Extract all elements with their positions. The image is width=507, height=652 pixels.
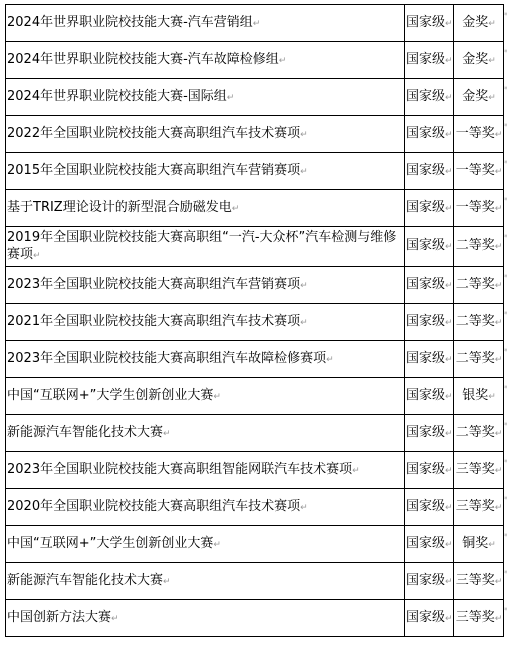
level-cell: 国家级↵ [405, 378, 454, 415]
competition-name: 新能源汽车智能化技术大赛 [7, 425, 163, 440]
award: 二等奖 [456, 277, 495, 292]
competition-name-cell: 新能源汽车智能化技术大赛↵ [6, 563, 405, 600]
award: 一等奖 [456, 163, 495, 178]
paragraph-mark-icon: ↵ [279, 56, 287, 66]
level-cell: 国家级↵ [405, 415, 454, 452]
paragraph-mark-icon: ↵ [495, 577, 503, 587]
paragraph-mark-icon: ↵ [445, 167, 453, 177]
paragraph-mark-icon: ↵ [495, 281, 503, 291]
competition-name: 中国“互联网+”大学生创新创业大赛 [7, 388, 213, 403]
award-cell: 三等奖↵* [454, 600, 504, 637]
competition-name-cell: 2023年全国职业院校技能大赛高职组智能网联汽车技术赛项↵ [6, 452, 405, 489]
competition-name: 2015年全国职业院校技能大赛高职组汽车营销赛项 [7, 163, 300, 178]
award: 铜奖 [462, 536, 488, 551]
paragraph-mark-icon: ↵ [232, 204, 240, 214]
paragraph-mark-icon: ↵ [445, 56, 453, 66]
table-row: 2024年世界职业院校技能大赛-汽车营销组↵国家级↵金奖↵* [6, 5, 504, 42]
paragraph-mark-icon: ↵ [495, 614, 503, 624]
competition-name-cell: 2024年世界职业院校技能大赛-汽车营销组↵ [6, 5, 405, 42]
paragraph-mark-icon: ↵ [213, 392, 221, 402]
paragraph-mark-icon: ↵ [300, 130, 308, 140]
competition-name-cell: 2015年全国职业院校技能大赛高职组汽车营销赛项↵ [6, 153, 405, 190]
level-cell: 国家级↵ [405, 267, 454, 304]
award-cell: 金奖↵* [454, 42, 504, 79]
paragraph-mark-icon: ↵ [227, 93, 235, 103]
award: 三等奖 [456, 610, 495, 625]
award-cell: 银奖↵* [454, 378, 504, 415]
level-cell: 国家级↵ [405, 304, 454, 341]
award: 二等奖 [456, 314, 495, 329]
level-cell: 国家级↵ [405, 489, 454, 526]
award: 三等奖 [456, 573, 495, 588]
paragraph-mark-icon: ↵ [300, 318, 308, 328]
level-cell: 国家级↵ [405, 600, 454, 637]
table-row: 中国“互联网+”大学生创新创业大赛↵国家级↵铜奖↵* [6, 526, 504, 563]
paragraph-mark-icon: ↵ [445, 392, 453, 402]
competition-name-cell: 基于TRIZ理论设计的新型混合励磁发电↵ [6, 190, 405, 227]
paragraph-mark-icon: ↵ [445, 503, 453, 513]
level-cell: 国家级↵ [405, 563, 454, 600]
level-cell: 国家级↵ [405, 79, 454, 116]
level-cell: 国家级↵ [405, 227, 454, 267]
award-cell: 二等奖↵* [454, 341, 504, 378]
level: 国家级 [406, 126, 445, 141]
level: 国家级 [406, 388, 445, 403]
table-row: 2020年全国职业院校技能大赛高职组汽车技术赛项↵国家级↵三等奖↵* [6, 489, 504, 526]
competition-name-cell: 中国“互联网+”大学生创新创业大赛↵ [6, 378, 405, 415]
level: 国家级 [406, 536, 445, 551]
award-cell: 金奖↵* [454, 5, 504, 42]
table-row: 2022年全国职业院校技能大赛高职组汽车技术赛项↵国家级↵一等奖↵* [6, 116, 504, 153]
paragraph-mark-icon: ↵ [111, 614, 119, 624]
competition-name-cell: 中国“互联网+”大学生创新创业大赛↵ [6, 526, 405, 563]
paragraph-mark-icon: ↵ [326, 355, 334, 365]
competition-name: 2024年世界职业院校技能大赛-国际组 [7, 89, 227, 104]
award-cell: 铜奖↵* [454, 526, 504, 563]
competition-name-cell: 2024年世界职业院校技能大赛-汽车故障检修组↵ [6, 42, 405, 79]
competition-name: 2023年全国职业院校技能大赛高职组智能网联汽车技术赛项 [7, 462, 352, 477]
level: 国家级 [406, 277, 445, 292]
award-cell: 一等奖↵* [454, 116, 504, 153]
level-cell: 国家级↵ [405, 42, 454, 79]
competition-name: 基于TRIZ理论设计的新型混合励磁发电 [7, 200, 232, 215]
award-cell: 一等奖↵* [454, 153, 504, 190]
competition-name: 2024年世界职业院校技能大赛-汽车营销组 [7, 15, 253, 30]
table-row: 2023年全国职业院校技能大赛高职组智能网联汽车技术赛项↵国家级↵三等奖↵* [6, 452, 504, 489]
award-cell: 二等奖↵* [454, 415, 504, 452]
table-row: 新能源汽车智能化技术大赛↵国家级↵三等奖↵* [6, 563, 504, 600]
competition-name-cell: 2020年全国职业院校技能大赛高职组汽车技术赛项↵ [6, 489, 405, 526]
competition-name: 2023年全国职业院校技能大赛高职组汽车营销赛项 [7, 277, 300, 292]
paragraph-mark-icon: ↵ [495, 318, 503, 328]
award: 金奖 [462, 89, 488, 104]
paragraph-mark-icon: ↵ [495, 204, 503, 214]
paragraph-mark-icon: ↵ [445, 355, 453, 365]
level-cell: 国家级↵ [405, 341, 454, 378]
award: 一等奖 [456, 126, 495, 141]
level: 国家级 [406, 462, 445, 477]
paragraph-mark-icon: ↵ [352, 466, 360, 476]
award-cell: 一等奖↵* [454, 190, 504, 227]
award: 三等奖 [456, 462, 495, 477]
paragraph-mark-icon: ↵ [495, 167, 503, 177]
paragraph-mark-icon: ↵ [445, 204, 453, 214]
level: 国家级 [406, 15, 445, 30]
paragraph-mark-icon: ↵ [445, 281, 453, 291]
competition-name: 新能源汽车智能化技术大赛 [7, 573, 163, 588]
paragraph-mark-icon: ↵ [213, 540, 221, 550]
level: 国家级 [406, 610, 445, 625]
level-cell: 国家级↵ [405, 5, 454, 42]
level-cell: 国家级↵ [405, 452, 454, 489]
level: 国家级 [406, 52, 445, 67]
table-row: 新能源汽车智能化技术大赛↵国家级↵二等奖↵* [6, 415, 504, 452]
level-cell: 国家级↵ [405, 190, 454, 227]
table-row: 基于TRIZ理论设计的新型混合励磁发电↵国家级↵一等奖↵* [6, 190, 504, 227]
award: 二等奖 [456, 351, 495, 366]
paragraph-mark-icon: ↵ [488, 540, 496, 550]
award-cell: 二等奖↵* [454, 267, 504, 304]
paragraph-mark-icon: ↵ [495, 242, 503, 252]
competition-name: 中国“互联网+”大学生创新创业大赛 [7, 536, 213, 551]
paragraph-mark-icon: ↵ [495, 503, 503, 513]
paragraph-mark-icon: ↵ [300, 503, 308, 513]
table-row: 2021年全国职业院校技能大赛高职组汽车技术赛项↵国家级↵二等奖↵* [6, 304, 504, 341]
competition-name: 2022年全国职业院校技能大赛高职组汽车技术赛项 [7, 126, 300, 141]
award-cell: 二等奖↵* [454, 304, 504, 341]
competition-name-cell: 中国创新方法大赛↵ [6, 600, 405, 637]
level: 国家级 [406, 351, 445, 366]
competition-name: 2021年全国职业院校技能大赛高职组汽车技术赛项 [7, 314, 300, 329]
paragraph-mark-icon: ↵ [445, 429, 453, 439]
award-cell: 二等奖↵* [454, 227, 504, 267]
competition-name: 2020年全国职业院校技能大赛高职组汽车技术赛项 [7, 499, 300, 514]
paragraph-mark-icon: ↵ [445, 93, 453, 103]
table-row: 中国创新方法大赛↵国家级↵三等奖↵* [6, 600, 504, 637]
paragraph-mark-icon: ↵ [495, 466, 503, 476]
paragraph-mark-icon: ↵ [445, 540, 453, 550]
level-cell: 国家级↵ [405, 526, 454, 563]
paragraph-mark-icon: ↵ [163, 577, 171, 587]
competition-name: 2023年全国职业院校技能大赛高职组汽车故障检修赛项 [7, 351, 326, 366]
table-row: 2019年全国职业院校技能大赛高职组“一汽-大众杯”汽车检测与维修赛项↵国家级↵… [6, 227, 504, 267]
level-cell: 国家级↵ [405, 116, 454, 153]
award: 金奖 [462, 52, 488, 67]
paragraph-mark-icon: ↵ [300, 167, 308, 177]
table-row: 2015年全国职业院校技能大赛高职组汽车营销赛项↵国家级↵一等奖↵* [6, 153, 504, 190]
competition-name-cell: 2021年全国职业院校技能大赛高职组汽车技术赛项↵ [6, 304, 405, 341]
paragraph-mark-icon: ↵ [488, 56, 496, 66]
awards-table: 2024年世界职业院校技能大赛-汽车营销组↵国家级↵金奖↵*2024年世界职业院… [5, 4, 504, 637]
level: 国家级 [406, 89, 445, 104]
level: 国家级 [406, 200, 445, 215]
paragraph-mark-icon: ↵ [445, 614, 453, 624]
paragraph-mark-icon: ↵ [253, 19, 261, 29]
award: 三等奖 [456, 499, 495, 514]
paragraph-mark-icon: ↵ [445, 577, 453, 587]
competition-name: 2024年世界职业院校技能大赛-汽车故障检修组 [7, 52, 279, 67]
paragraph-mark-icon: ↵ [445, 130, 453, 140]
level: 国家级 [406, 499, 445, 514]
competition-name: 2019年全国职业院校技能大赛高职组“一汽-大众杯”汽车检测与维修赛项 [7, 230, 396, 262]
award-cell: 三等奖↵* [454, 489, 504, 526]
paragraph-mark-icon: ↵ [488, 93, 496, 103]
award: 二等奖 [456, 238, 495, 253]
award-cell: 三等奖↵* [454, 452, 504, 489]
paragraph-mark-icon: ↵ [445, 466, 453, 476]
table-row: 2023年全国职业院校技能大赛高职组汽车故障检修赛项↵国家级↵二等奖↵* [6, 341, 504, 378]
level: 国家级 [406, 238, 445, 253]
paragraph-mark-icon: ↵ [445, 242, 453, 252]
level: 国家级 [406, 425, 445, 440]
paragraph-mark-icon: ↵ [488, 392, 496, 402]
competition-name-cell: 2019年全国职业院校技能大赛高职组“一汽-大众杯”汽车检测与维修赛项↵ [6, 227, 405, 267]
table-row: 中国“互联网+”大学生创新创业大赛↵国家级↵银奖↵* [6, 378, 504, 415]
level-cell: 国家级↵ [405, 153, 454, 190]
competition-name-cell: 2022年全国职业院校技能大赛高职组汽车技术赛项↵ [6, 116, 405, 153]
award-cell: 金奖↵* [454, 79, 504, 116]
competition-name-cell: 2023年全国职业院校技能大赛高职组汽车故障检修赛项↵ [6, 341, 405, 378]
competition-name-cell: 2023年全国职业院校技能大赛高职组汽车营销赛项↵ [6, 267, 405, 304]
competition-name-cell: 新能源汽车智能化技术大赛↵ [6, 415, 405, 452]
award: 一等奖 [456, 200, 495, 215]
level: 国家级 [406, 314, 445, 329]
level: 国家级 [406, 163, 445, 178]
award: 银奖 [462, 388, 488, 403]
award: 二等奖 [456, 425, 495, 440]
award: 金奖 [462, 15, 488, 30]
paragraph-mark-icon: ↵ [495, 130, 503, 140]
paragraph-mark-icon: ↵ [495, 355, 503, 365]
level: 国家级 [406, 573, 445, 588]
competition-name-cell: 2024年世界职业院校技能大赛-国际组↵ [6, 79, 405, 116]
table-row: 2024年世界职业院校技能大赛-汽车故障检修组↵国家级↵金奖↵* [6, 42, 504, 79]
competition-name: 中国创新方法大赛 [7, 610, 111, 625]
paragraph-mark-icon: ↵ [445, 318, 453, 328]
paragraph-mark-icon: ↵ [33, 251, 41, 261]
award-cell: 三等奖↵* [454, 563, 504, 600]
paragraph-mark-icon: ↵ [163, 429, 171, 439]
table-row: 2024年世界职业院校技能大赛-国际组↵国家级↵金奖↵* [6, 79, 504, 116]
paragraph-mark-icon: ↵ [445, 19, 453, 29]
paragraph-mark-icon: ↵ [300, 281, 308, 291]
paragraph-mark-icon: ↵ [488, 19, 496, 29]
table-row: 2023年全国职业院校技能大赛高职组汽车营销赛项↵国家级↵二等奖↵* [6, 267, 504, 304]
paragraph-mark-icon: ↵ [495, 429, 503, 439]
